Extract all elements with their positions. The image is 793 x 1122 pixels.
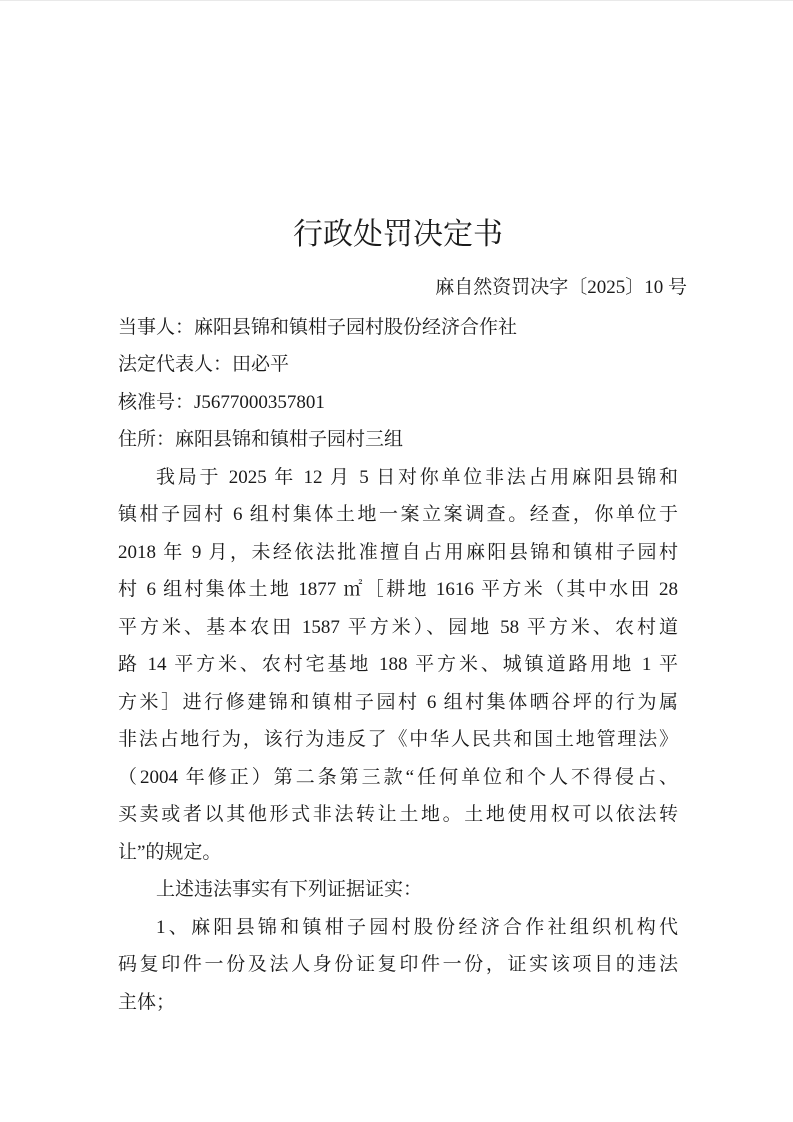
text-line: 非法占地行为，该行为违反了《中华人民共和国土地管理法》: [118, 721, 678, 759]
text-line: 路 14 平方米、农村宅基地 188 平方米、城镇道路用地 1 平: [118, 646, 678, 684]
text-line: 2018 年 9 月，未经依法批准擅自占用麻阳县锦和镇柑子园村: [118, 534, 678, 572]
text-line: 码复印件一份及法人身份证复印件一份，证实该项目的违法: [118, 946, 678, 984]
text-line: 让”的规定。: [118, 834, 678, 872]
document-page: 行政处罚决定书 麻自然资罚决字〔2025〕10 号 当事人：麻阳县锦和镇柑子园村…: [0, 0, 793, 1122]
text-line: 我局于 2025 年 12 月 5 日对你单位非法占用麻阳县锦和: [118, 459, 678, 497]
text-line: 平方米、基本农田 1587 平方米）、园地 58 平方米、农村道: [118, 609, 678, 647]
text-line: 镇柑子园村 6 组村集体土地一案立案调查。经查，你单位于: [118, 496, 678, 534]
text-line: 主体；: [118, 984, 678, 1022]
document-content: 行政处罚决定书 麻自然资罚决字〔2025〕10 号 当事人：麻阳县锦和镇柑子园村…: [118, 1, 678, 1021]
text-line: 住所：麻阳县锦和镇柑子园村三组: [118, 421, 678, 459]
text-line: 1、麻阳县锦和镇柑子园村股份经济合作社组织机构代: [118, 909, 678, 947]
text-line: 核准号：J5677000357801: [118, 384, 678, 422]
text-line: 当事人：麻阳县锦和镇柑子园村股份经济合作社: [118, 309, 678, 347]
document-body: 当事人：麻阳县锦和镇柑子园村股份经济合作社法定代表人：田必平核准号：J56770…: [118, 309, 678, 1022]
text-line: 上述违法事实有下列证据证实：: [118, 871, 678, 909]
text-line: （2004 年修正）第二条第三款“任何单位和个人不得侵占、: [118, 759, 678, 797]
text-line: 方米］进行修建锦和镇柑子园村 6 组村集体晒谷坪的行为属: [118, 684, 678, 722]
document-number: 麻自然资罚决字〔2025〕10 号: [118, 269, 687, 307]
text-line: 买卖或者以其他形式非法转让土地。土地使用权可以依法转: [118, 796, 678, 834]
text-line: 村 6 组村集体土地 1877 ㎡［耕地 1616 平方米（其中水田 28: [118, 571, 678, 609]
text-line: 法定代表人：田必平: [118, 346, 678, 384]
document-title: 行政处罚决定书: [118, 214, 678, 256]
